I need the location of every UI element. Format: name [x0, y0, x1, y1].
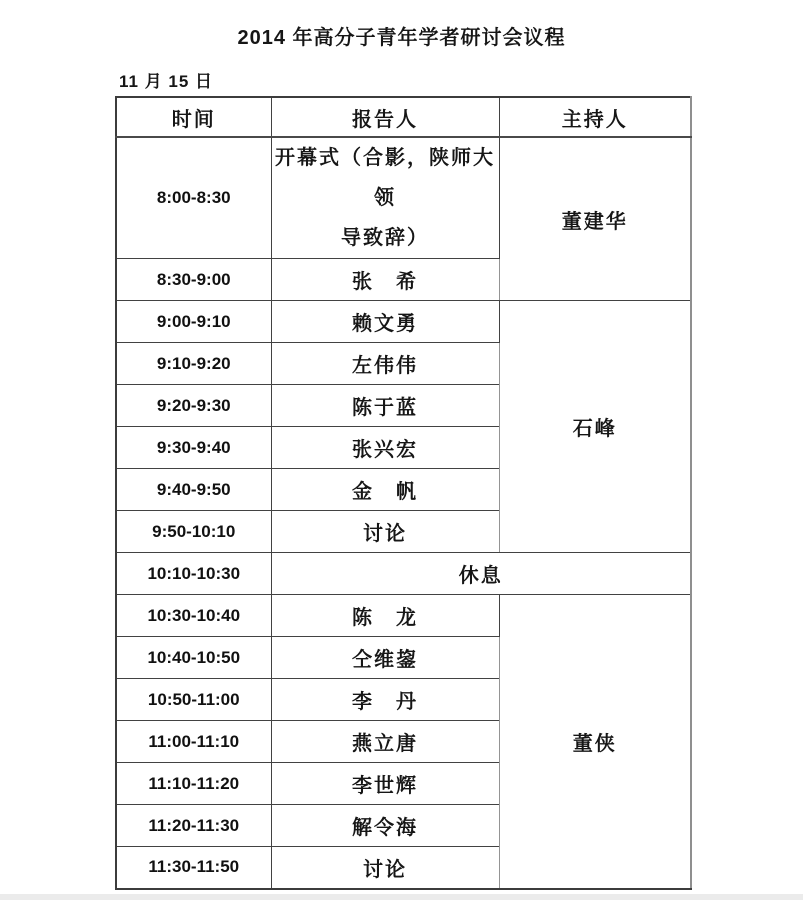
- speaker-cell: 开幕式（合影，陕师大领 导致辞）: [271, 137, 499, 259]
- speaker-cell: 解令海: [271, 805, 499, 847]
- speaker-cell: 金 帆: [271, 469, 499, 511]
- speaker-cell: 燕立唐: [271, 721, 499, 763]
- time-header-cell: 时间: [116, 97, 271, 137]
- speaker-cell: 陈于蓝: [271, 385, 499, 427]
- speaker-cell: 赖文勇: [271, 301, 499, 343]
- header-row: 时间 报告人 主持人: [116, 97, 691, 137]
- speaker-cell: 讨论: [271, 847, 499, 889]
- speaker-cell: 张 希: [271, 259, 499, 301]
- chair-header-cell: 主持人: [499, 97, 691, 137]
- table-row: 10:30-10:40 陈 龙 董侠: [116, 595, 691, 637]
- speaker-line-2: 导致辞）: [272, 218, 499, 258]
- speaker-cell: 张兴宏: [271, 427, 499, 469]
- speaker-cell: 左伟伟: [271, 343, 499, 385]
- scan-edge-artifact: [0, 894, 803, 900]
- schedule-table: 时间 报告人 主持人 8:00-8:30 开幕式（合影，陕师大领 导致辞） 董建…: [115, 96, 692, 890]
- time-cell: 11:00-11:10: [116, 721, 271, 763]
- time-cell: 9:50-10:10: [116, 511, 271, 553]
- doc-date: 11 月 15 日: [119, 71, 803, 93]
- chair-cell: 董建华: [499, 137, 691, 301]
- time-cell: 11:20-11:30: [116, 805, 271, 847]
- time-cell: 9:30-9:40: [116, 427, 271, 469]
- chair-cell: 石峰: [499, 301, 691, 553]
- speaker-cell: 李世辉: [271, 763, 499, 805]
- break-cell: 休息: [271, 553, 691, 595]
- page-title: 2014 年高分子青年学者研讨会议程: [0, 0, 803, 50]
- table-row: 8:00-8:30 开幕式（合影，陕师大领 导致辞） 董建华: [116, 137, 691, 259]
- speaker-header-cell: 报告人: [271, 97, 499, 137]
- time-cell: 10:10-10:30: [116, 553, 271, 595]
- break-row: 10:10-10:30 休息: [116, 553, 691, 595]
- time-cell: 11:10-11:20: [116, 763, 271, 805]
- time-cell: 10:40-10:50: [116, 637, 271, 679]
- time-cell: 8:30-9:00: [116, 259, 271, 301]
- time-cell: 9:20-9:30: [116, 385, 271, 427]
- speaker-line-1: 开幕式（合影，陕师大领: [272, 138, 499, 218]
- time-cell: 9:40-9:50: [116, 469, 271, 511]
- table-row: 9:00-9:10 赖文勇 石峰: [116, 301, 691, 343]
- time-cell: 10:50-11:00: [116, 679, 271, 721]
- time-cell: 9:10-9:20: [116, 343, 271, 385]
- speaker-cell: 李 丹: [271, 679, 499, 721]
- time-cell: 9:00-9:10: [116, 301, 271, 343]
- time-cell: 11:30-11:50: [116, 847, 271, 889]
- speaker-cell: 讨论: [271, 511, 499, 553]
- time-cell: 8:00-8:30: [116, 137, 271, 259]
- time-cell: 10:30-10:40: [116, 595, 271, 637]
- speaker-cell: 仝维鋆: [271, 637, 499, 679]
- chair-cell: 董侠: [499, 595, 691, 889]
- speaker-cell: 陈 龙: [271, 595, 499, 637]
